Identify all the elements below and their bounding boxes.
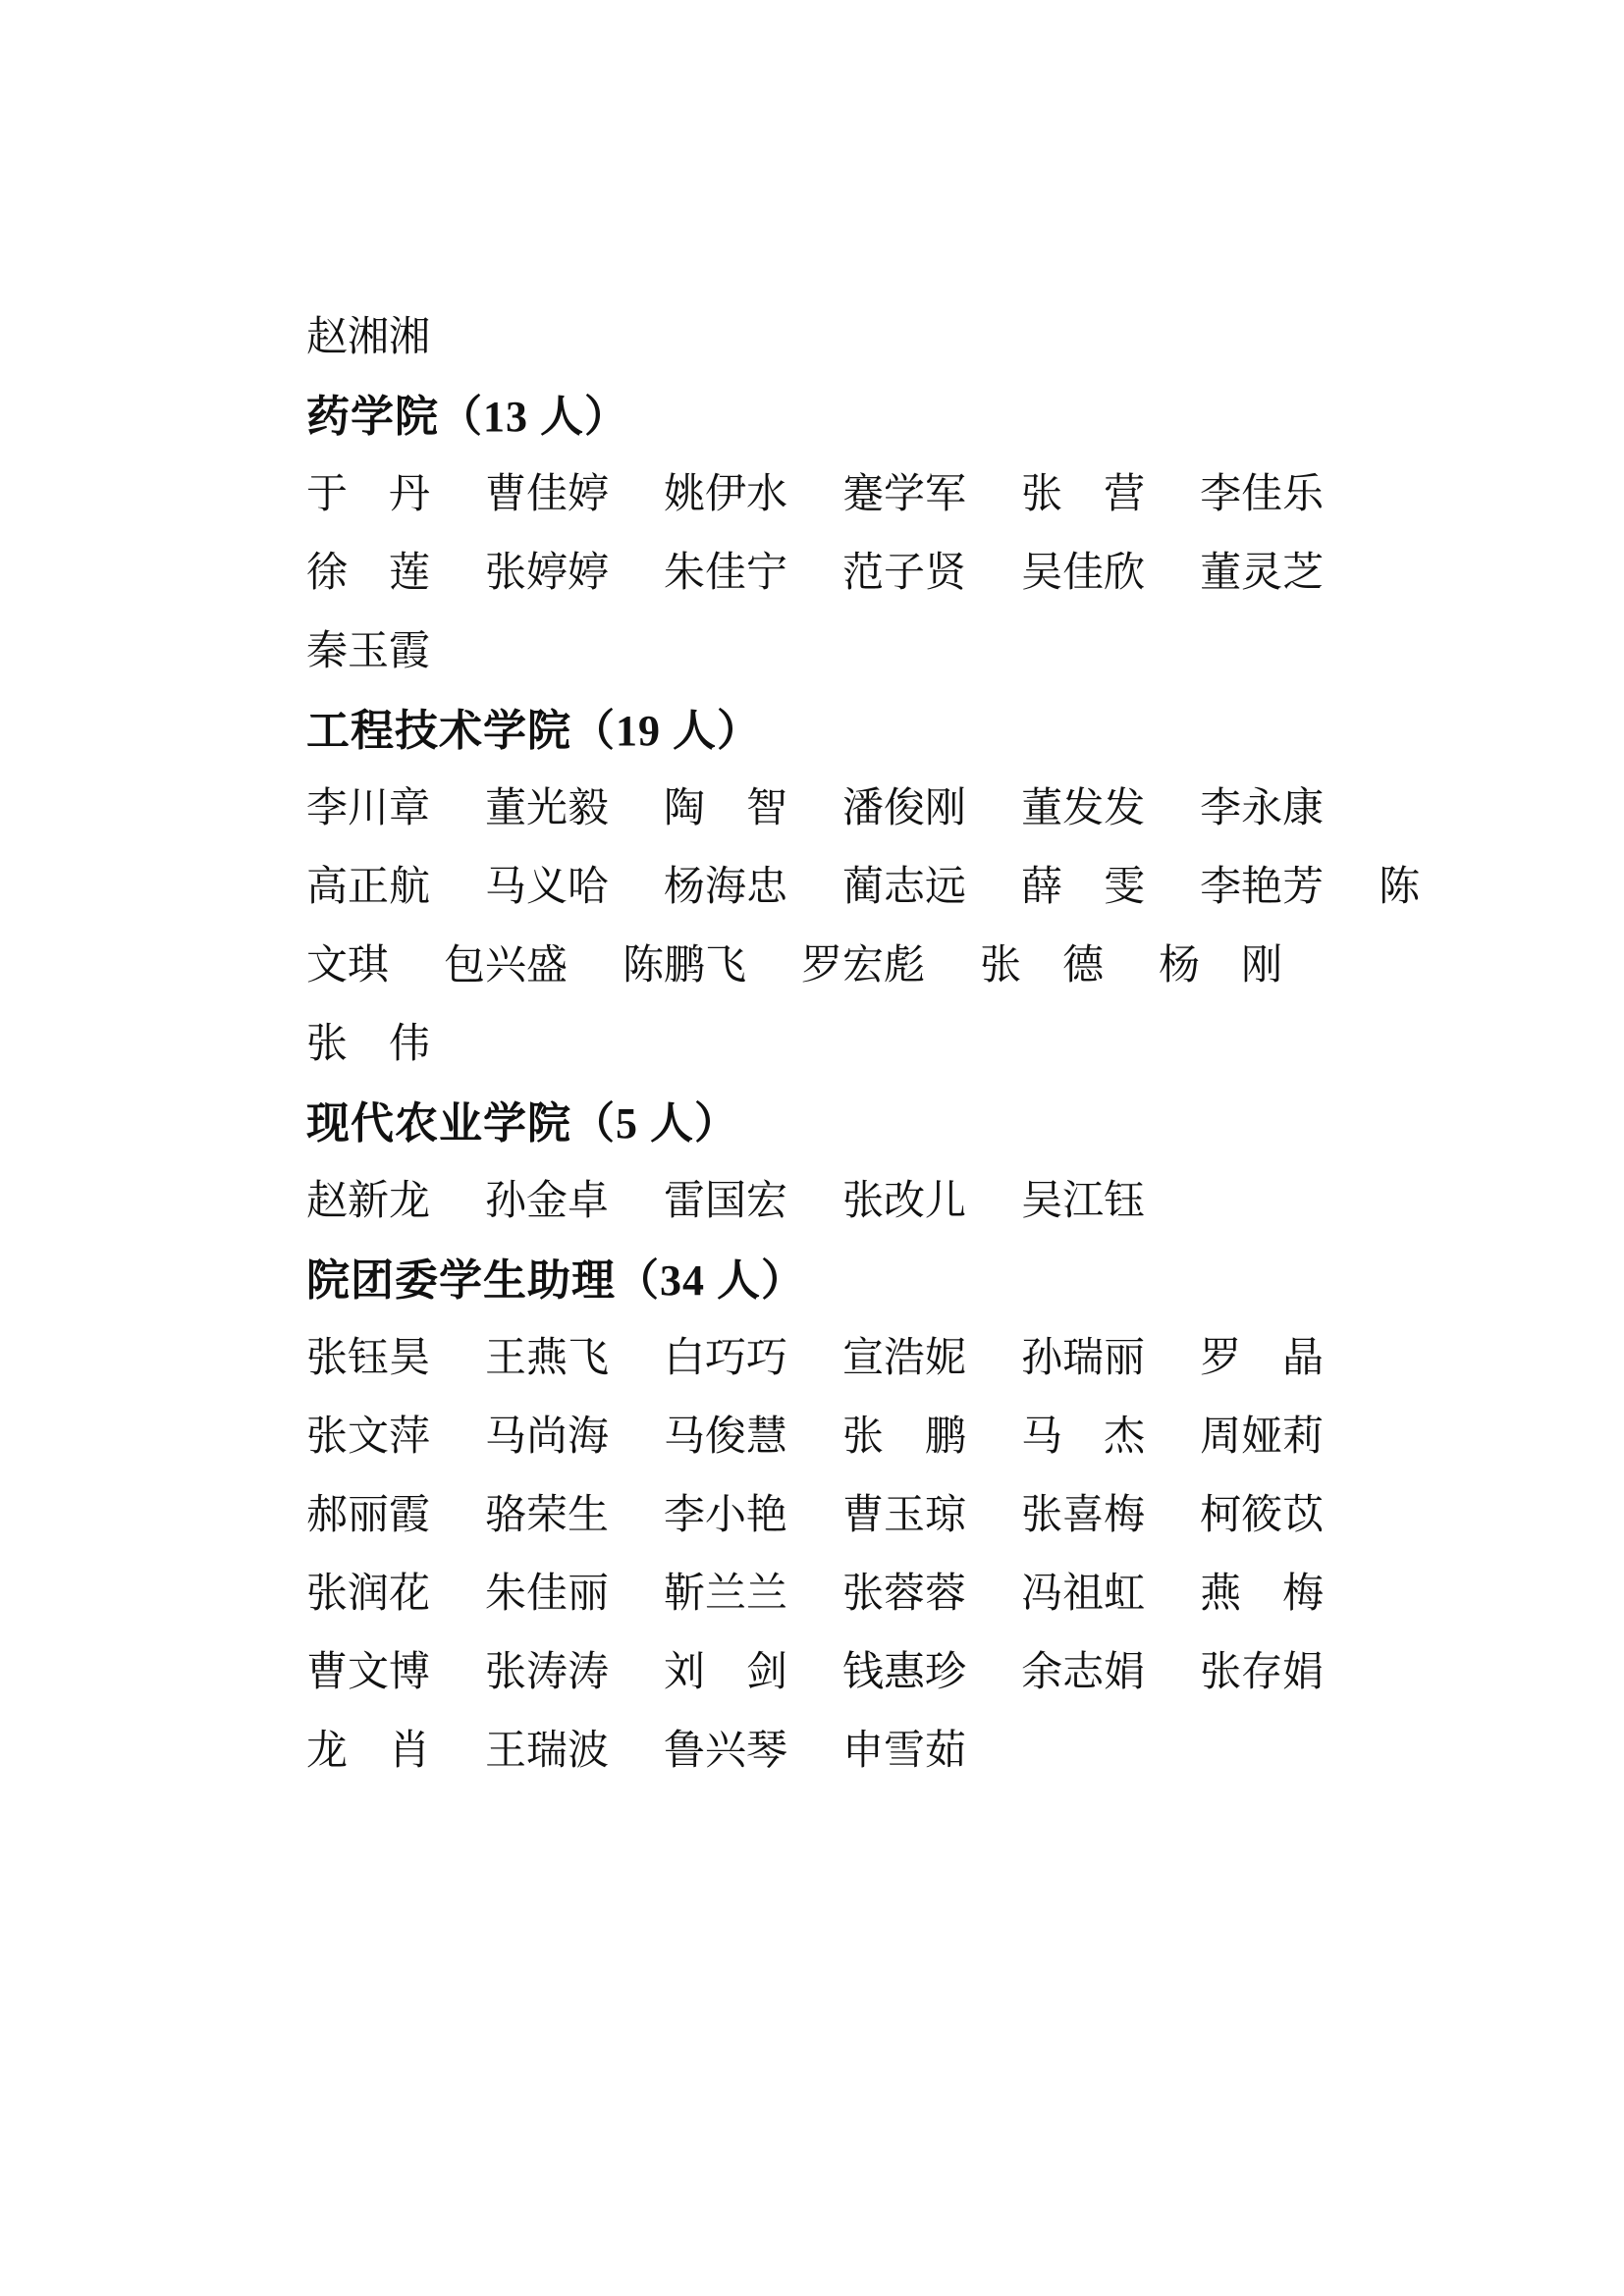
person-name: 张婷婷: [485, 540, 609, 599]
section: 工程技术学院（19 人）李川章董光毅陶 智潘俊刚董发发李永康高正航马义哈杨海忠蔺…: [306, 687, 1426, 1080]
person-name: 马尚海: [485, 1404, 609, 1463]
name-row: 于 丹曹佳婷姚伊水蹇学军张 营李佳乐: [306, 452, 1426, 530]
name-row: 高正航马义哈杨海忠蔺志远薛 雯李艳芳陈: [306, 844, 1426, 923]
section: 院团委学生助理（34 人）张钰昊王燕飞白巧巧宣浩妮孙瑞丽罗 晶张文萍马尚海马俊慧…: [306, 1237, 1426, 1787]
person-name: 龙 肖: [306, 1718, 430, 1777]
person-name: 郝丽霞: [306, 1482, 430, 1541]
person-name: 刘 剑: [664, 1639, 787, 1698]
person-name: 赵湘湘: [306, 304, 430, 363]
person-name: 潘俊刚: [842, 775, 966, 834]
person-name: 蹇学军: [842, 461, 966, 520]
person-name: 朱佳宁: [664, 540, 787, 599]
person-name: 张改儿: [842, 1168, 966, 1227]
person-name: 陈鹏飞: [623, 933, 746, 991]
person-name: 徐 莲: [306, 540, 430, 599]
person-name: 张 德: [980, 933, 1104, 991]
section: 赵湘湘: [306, 294, 1426, 373]
person-name: 张 营: [1021, 461, 1145, 520]
person-name: 薛 雯: [1021, 854, 1145, 913]
person-name: 张存娟: [1200, 1639, 1324, 1698]
person-name: 张润花: [306, 1561, 430, 1620]
name-row: 秦玉霞: [306, 609, 1426, 687]
person-name: 马俊慧: [664, 1404, 787, 1463]
person-name: 张文萍: [306, 1404, 430, 1463]
person-name: 白巧巧: [664, 1325, 787, 1384]
person-name: 余志娟: [1021, 1639, 1145, 1698]
person-name: 李永康: [1200, 775, 1324, 834]
name-row: 郝丽霞骆荣生李小艳曹玉琼张喜梅柯筱苡: [306, 1472, 1426, 1551]
document-content: 赵湘湘药学院（13 人）于 丹曹佳婷姚伊水蹇学军张 营李佳乐徐 莲张婷婷朱佳宁范…: [306, 294, 1426, 1787]
person-name: 曹佳婷: [485, 461, 609, 520]
person-name: 李佳乐: [1200, 461, 1324, 520]
section-header: 现代农业学院（5 人）: [306, 1080, 1426, 1158]
name-row: 李川章董光毅陶 智潘俊刚董发发李永康: [306, 766, 1426, 844]
person-name: 李小艳: [664, 1482, 787, 1541]
person-name: 柯筱苡: [1200, 1482, 1324, 1541]
person-name: 杨海忠: [664, 854, 787, 913]
person-name: 高正航: [306, 854, 430, 913]
person-name: 吴佳欣: [1021, 540, 1145, 599]
person-name: 燕 梅: [1200, 1561, 1324, 1620]
person-name: 董发发: [1021, 775, 1145, 834]
person-name: 鲁兴琴: [664, 1718, 787, 1777]
person-name: 赵新龙: [306, 1168, 430, 1227]
person-name: 董光毅: [485, 775, 609, 834]
person-name: 蔺志远: [842, 854, 966, 913]
person-name: 骆荣生: [485, 1482, 609, 1541]
section-header: 院团委学生助理（34 人）: [306, 1237, 1426, 1315]
name-row: 龙 肖王瑞波鲁兴琴申雪茹: [306, 1708, 1426, 1787]
person-name: 张喜梅: [1021, 1482, 1145, 1541]
person-name: 张 鹏: [842, 1404, 966, 1463]
person-name: 杨 刚: [1159, 933, 1282, 991]
person-name: 李川章: [306, 775, 430, 834]
person-name: 张钰昊: [306, 1325, 430, 1384]
name-row: 赵湘湘: [306, 294, 1426, 373]
name-row: 张润花朱佳丽靳兰兰张蓉蓉冯祖虹燕 梅: [306, 1551, 1426, 1629]
person-name: 秦玉霞: [306, 618, 430, 677]
person-name: 曹文博: [306, 1639, 430, 1698]
person-name: 于 丹: [306, 461, 430, 520]
person-name: 宣浩妮: [842, 1325, 966, 1384]
person-name: 雷国宏: [664, 1168, 787, 1227]
name-row: 徐 莲张婷婷朱佳宁范子贤吴佳欣董灵芝: [306, 530, 1426, 609]
person-name: 李艳芳: [1200, 854, 1324, 913]
name-row: 赵新龙孙金卓雷国宏张改儿吴江钰: [306, 1158, 1426, 1237]
person-name: 王燕飞: [485, 1325, 609, 1384]
person-name: 张 伟: [306, 1011, 430, 1070]
person-name: 王瑞波: [485, 1718, 609, 1777]
person-name: 罗 晶: [1200, 1325, 1324, 1384]
person-name: 陶 智: [664, 775, 787, 834]
person-name: 张涛涛: [485, 1639, 609, 1698]
person-name: 罗宏彪: [801, 933, 925, 991]
person-name: 姚伊水: [664, 461, 787, 520]
person-name: 孙金卓: [485, 1168, 609, 1227]
section: 现代农业学院（5 人）赵新龙孙金卓雷国宏张改儿吴江钰: [306, 1080, 1426, 1237]
name-row: 张 伟: [306, 1001, 1426, 1080]
name-row: 张钰昊王燕飞白巧巧宣浩妮孙瑞丽罗 晶: [306, 1315, 1426, 1394]
person-name: 范子贤: [842, 540, 966, 599]
person-name: 陈: [1379, 854, 1420, 913]
person-name: 张蓉蓉: [842, 1561, 966, 1620]
person-name: 马 杰: [1021, 1404, 1145, 1463]
person-name: 冯祖虹: [1021, 1561, 1145, 1620]
person-name: 孙瑞丽: [1021, 1325, 1145, 1384]
person-name: 曹玉琼: [842, 1482, 966, 1541]
person-name: 马义哈: [485, 854, 609, 913]
person-name: 董灵芝: [1200, 540, 1324, 599]
section-header: 药学院（13 人）: [306, 373, 1426, 452]
person-name: 朱佳丽: [485, 1561, 609, 1620]
person-name: 文琪: [306, 933, 389, 991]
name-row: 文琪包兴盛陈鹏飞罗宏彪张 德杨 刚: [306, 923, 1426, 1001]
section: 药学院（13 人）于 丹曹佳婷姚伊水蹇学军张 营李佳乐徐 莲张婷婷朱佳宁范子贤吴…: [306, 373, 1426, 687]
name-row: 张文萍马尚海马俊慧张 鹏马 杰周娅莉: [306, 1394, 1426, 1472]
document-page: 赵湘湘药学院（13 人）于 丹曹佳婷姚伊水蹇学军张 营李佳乐徐 莲张婷婷朱佳宁范…: [0, 0, 1624, 2296]
person-name: 周娅莉: [1200, 1404, 1324, 1463]
person-name: 靳兰兰: [664, 1561, 787, 1620]
person-name: 吴江钰: [1021, 1168, 1145, 1227]
person-name: 申雪茹: [842, 1718, 966, 1777]
person-name: 钱惠珍: [842, 1639, 966, 1698]
person-name: 包兴盛: [444, 933, 568, 991]
section-header: 工程技术学院（19 人）: [306, 687, 1426, 766]
name-row: 曹文博张涛涛刘 剑钱惠珍余志娟张存娟: [306, 1629, 1426, 1708]
